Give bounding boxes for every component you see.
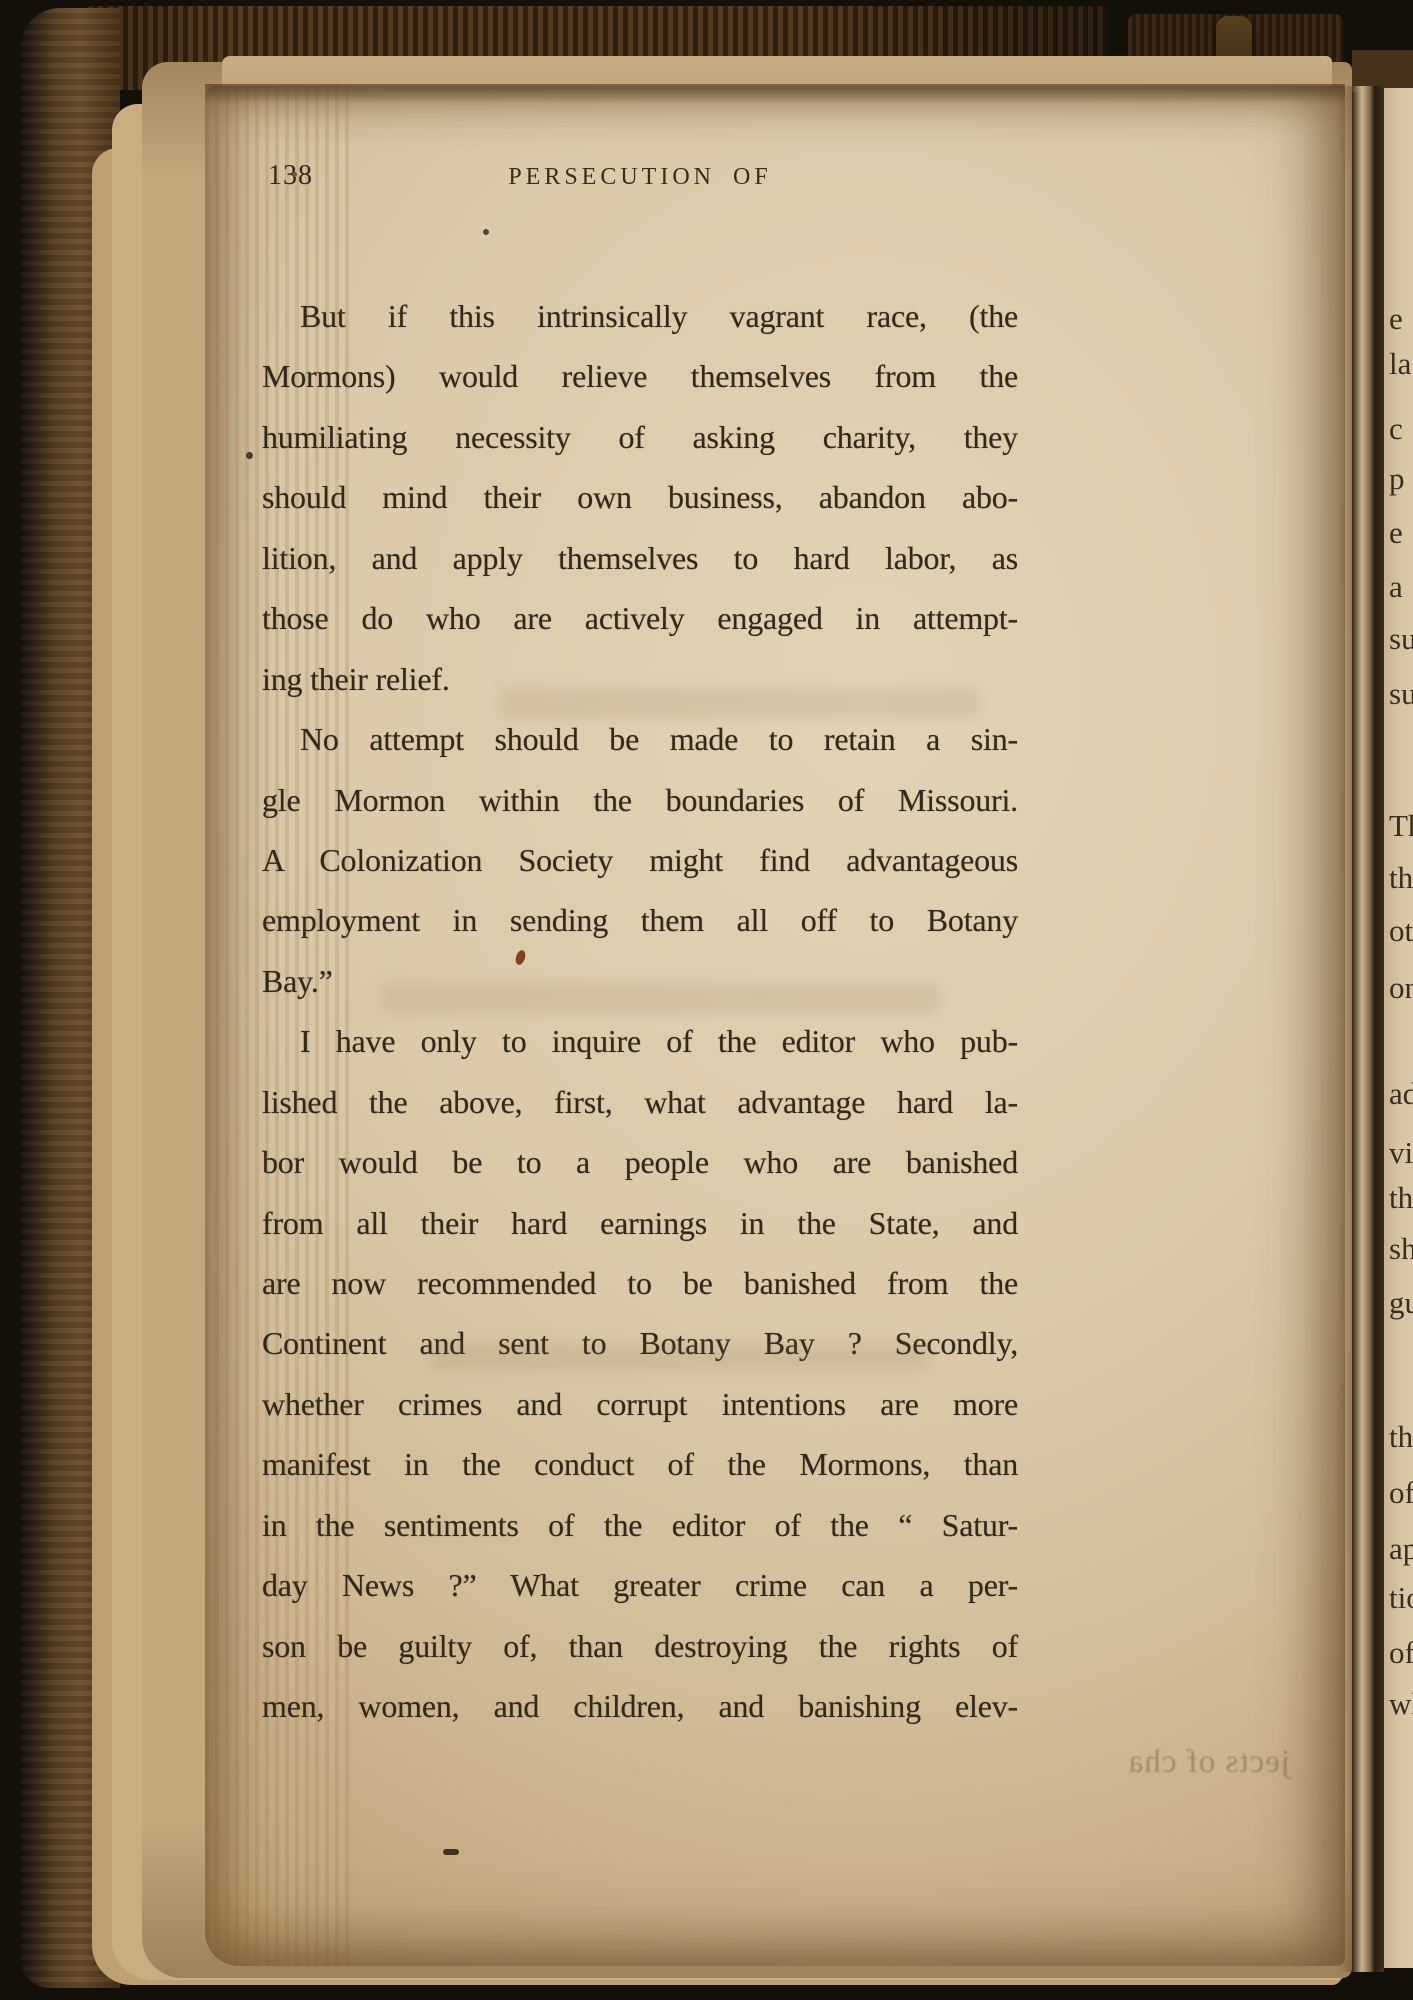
text-line: should mind their own business, abandon … bbox=[262, 467, 1018, 527]
ink-dash-mark bbox=[443, 1849, 459, 1855]
text-line: lition, and apply themselves to hard lab… bbox=[262, 528, 1018, 588]
bleedthrough-smudge bbox=[430, 1343, 930, 1371]
facing-page-text-fragment: whi bbox=[1389, 1688, 1413, 1719]
facing-page-text-fragment: a bbox=[1389, 571, 1403, 602]
facing-page-text-fragment: gu bbox=[1389, 1287, 1413, 1318]
text-line: employment in sending them all off to Bo… bbox=[262, 890, 1018, 950]
facing-page-text-fragment: the bbox=[1389, 1421, 1413, 1452]
facing-page-text-fragment: vie bbox=[1389, 1137, 1413, 1168]
facing-page-strip: elacpeasusuThthotonadviethshgutheof tapp… bbox=[1384, 88, 1413, 1968]
running-header: PERSECUTION OF bbox=[262, 164, 1018, 191]
text-line: A Colonization Society might find advant… bbox=[262, 830, 1018, 890]
bleedthrough-smudge bbox=[500, 688, 980, 718]
facing-page-text-fragment: ad bbox=[1389, 1078, 1413, 1109]
page-top-fold-shadow bbox=[205, 84, 1345, 104]
facing-page-text-fragment: e bbox=[1389, 517, 1403, 548]
facing-page-text-fragment: th bbox=[1389, 1182, 1413, 1213]
text-line: humiliating necessity of asking charity,… bbox=[262, 407, 1018, 467]
text-line: day News ?” What greater crime can a per… bbox=[262, 1555, 1018, 1615]
facing-page-text-fragment: c bbox=[1389, 413, 1403, 444]
text-line: son be guilty of, than destroying the ri… bbox=[262, 1616, 1018, 1676]
text-line: from all their hard earnings in the Stat… bbox=[262, 1193, 1018, 1253]
text-line: in the sentiments of the editor of the “… bbox=[262, 1495, 1018, 1555]
text-line: men, women, and children, and banishing … bbox=[262, 1676, 1018, 1736]
ink-speck bbox=[483, 229, 489, 235]
text-line: whether crimes and corrupt intentions ar… bbox=[262, 1374, 1018, 1434]
text-line: those do who are actively engaged in att… bbox=[262, 588, 1018, 648]
facing-page-text-fragment: la bbox=[1389, 348, 1411, 379]
facing-page-text-fragment: tion bbox=[1389, 1582, 1413, 1613]
facing-page-text-fragment: p bbox=[1389, 463, 1405, 494]
book-gutter-shadow bbox=[1338, 86, 1384, 1972]
text-line: Mormons) would relieve themselves from t… bbox=[262, 346, 1018, 406]
text-line: gle Mormon within the boundaries of Miss… bbox=[262, 770, 1018, 830]
text-line: manifest in the conduct of the Mormons, … bbox=[262, 1434, 1018, 1494]
bleedthrough-ghost-text: jects of cha bbox=[340, 1744, 1290, 1781]
book-scan-photo: elacpeasusuThthotonadviethshgutheof tapp… bbox=[0, 0, 1413, 2000]
bleedthrough-smudge bbox=[380, 983, 940, 1013]
facing-page-text-fragment: su bbox=[1389, 678, 1413, 709]
facing-page-text-fragment: on bbox=[1389, 972, 1413, 1003]
text-line: But if this intrinsically vagrant race, … bbox=[262, 286, 1018, 346]
facing-page-text-fragment: of t bbox=[1389, 1637, 1413, 1668]
facing-page-text-fragment: Th bbox=[1389, 810, 1413, 841]
facing-page-text-fragment: th bbox=[1389, 862, 1413, 893]
text-line: I have only to inquire of the editor who… bbox=[262, 1011, 1018, 1071]
ink-speck bbox=[292, 172, 297, 177]
margin-dot-mark bbox=[246, 452, 253, 459]
facing-page-text-fragment: app bbox=[1389, 1533, 1413, 1564]
facing-page-text-fragment: e bbox=[1389, 303, 1403, 334]
facing-page-text-fragment: ot bbox=[1389, 915, 1413, 946]
facing-page-text-fragment: of t bbox=[1389, 1477, 1413, 1508]
text-line: No attempt should be made to retain a si… bbox=[262, 709, 1018, 769]
text-line: lished the above, first, what advantage … bbox=[262, 1072, 1018, 1132]
text-line: bor would be to a people who are banishe… bbox=[262, 1132, 1018, 1192]
text-line: are now recommended to be banished from … bbox=[262, 1253, 1018, 1313]
facing-page-text-fragment: su bbox=[1389, 623, 1413, 654]
facing-page-text-fragment: sh bbox=[1389, 1233, 1413, 1264]
